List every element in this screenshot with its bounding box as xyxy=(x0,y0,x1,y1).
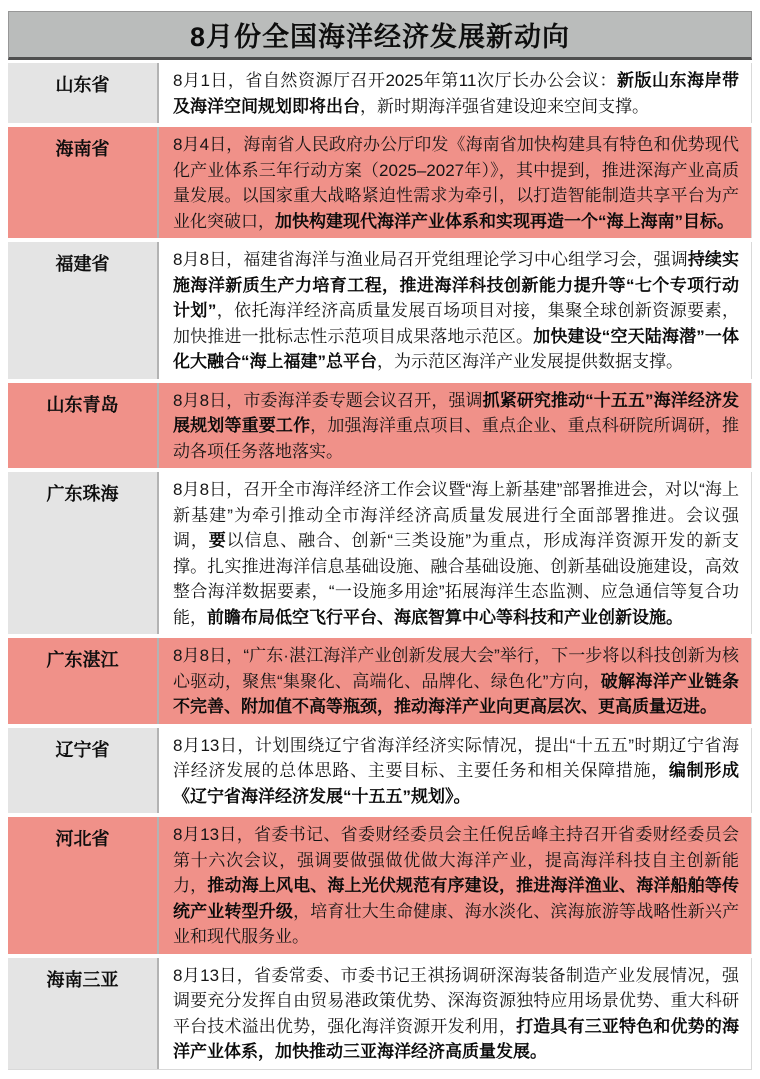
content-emphasis: 加快构建现代海洋产业体系和实现再造一个“海上海南”目标。 xyxy=(275,212,734,231)
region-label: 海南三亚 xyxy=(8,958,159,1069)
region-label: 广东珠海 xyxy=(8,472,159,634)
region-label: 河北省 xyxy=(8,817,159,954)
region-label: 广东湛江 xyxy=(8,638,159,724)
region-label: 福建省 xyxy=(8,242,159,379)
region-label: 海南省 xyxy=(8,127,159,238)
table-row: 广东珠海8月8日，召开全市海洋经济工作会议暨“海上新基建”部署推进会，对以“海上… xyxy=(8,472,752,634)
row-content: 8月8日，市委海洋委专题会议召开，强调抓紧研究推动“十五五”海洋经济发展规划等重… xyxy=(159,383,751,469)
table-row: 海南三亚8月13日，省委常委、市委书记王祺扬调研深海装备制造产业发展情况，强调要… xyxy=(8,958,752,1070)
region-news-table: 山东省8月1日，省自然资源厅召开2025年第11次厅长办公会议：新版山东海岸带及… xyxy=(8,63,752,1070)
row-content: 8月8日，“广东·湛江海洋产业创新发展大会”举行，下一步将以科技创新为核心驱动，… xyxy=(159,638,751,724)
table-row: 广东湛江8月8日，“广东·湛江海洋产业创新发展大会”举行，下一步将以科技创新为核… xyxy=(8,638,752,724)
table-row: 辽宁省8月13日，计划围绕辽宁省海洋经济实际情况，提出“十五五”时期辽宁省海洋经… xyxy=(8,728,752,814)
content-text: ，为示范区海洋产业发展提供数据支撑。 xyxy=(377,352,683,371)
table-row: 河北省8月13日，省委书记、省委财经委员会主任倪岳峰主持召开省委财经委员会第十六… xyxy=(8,817,752,954)
content-emphasis: 要 xyxy=(209,531,227,550)
content-text: 8月8日，市委海洋委专题会议召开，强调 xyxy=(173,391,483,410)
table-row: 福建省8月8日，福建省海洋与渔业局召开党组理论学习中心组学习会，强调持续实施海洋… xyxy=(8,242,752,379)
content-text: 8月8日，福建省海洋与渔业局召开党组理论学习中心组学习会，强调 xyxy=(173,250,688,269)
table-row: 海南省8月4日，海南省人民政府办公厅印发《海南省加快构建具有特色和优势现代化产业… xyxy=(8,127,752,238)
content-text: 8月13日，计划围绕辽宁省海洋经济实际情况，提出“十五五”时期辽宁省海洋经济发展… xyxy=(173,736,739,781)
row-content: 8月4日，海南省人民政府办公厅印发《海南省加快构建具有特色和优势现代化产业体系三… xyxy=(159,127,751,238)
row-content: 8月8日，福建省海洋与渔业局召开党组理论学习中心组学习会，强调持续实施海洋新质生… xyxy=(159,242,751,379)
row-content: 8月1日，省自然资源厅召开2025年第11次厅长办公会议：新版山东海岸带及海洋空… xyxy=(159,63,751,123)
row-content: 8月13日，省委常委、市委书记王祺扬调研深海装备制造产业发展情况，强调要充分发挥… xyxy=(159,958,751,1069)
infographic-page: 8月份全国海洋经济发展新动向 山东省8月1日，省自然资源厅召开2025年第11次… xyxy=(0,0,760,1078)
row-content: 8月8日，召开全市海洋经济工作会议暨“海上新基建”部署推进会，对以“海上新基建”… xyxy=(159,472,751,634)
content-text: ，新时期海洋强省建设迎来空间支撑。 xyxy=(360,97,649,116)
content-emphasis: 前瞻布局低空飞行平台、海底智算中心等科技和产业创新设施。 xyxy=(207,608,683,627)
region-label: 山东省 xyxy=(8,63,159,123)
content-text: 8月1日，省自然资源厅召开2025年第11次厅长办公会议： xyxy=(173,71,617,90)
region-label: 辽宁省 xyxy=(8,728,159,814)
row-content: 8月13日，省委书记、省委财经委员会主任倪岳峰主持召开省委财经委员会第十六次会议… xyxy=(159,817,751,954)
page-title: 8月份全国海洋经济发展新动向 xyxy=(190,15,570,54)
table-row: 山东青岛8月8日，市委海洋委专题会议召开，强调抓紧研究推动“十五五”海洋经济发展… xyxy=(8,383,752,469)
title-bar: 8月份全国海洋经济发展新动向 xyxy=(8,11,752,60)
table-row: 山东省8月1日，省自然资源厅召开2025年第11次厅长办公会议：新版山东海岸带及… xyxy=(8,63,752,123)
region-label: 山东青岛 xyxy=(8,383,159,469)
row-content: 8月13日，计划围绕辽宁省海洋经济实际情况，提出“十五五”时期辽宁省海洋经济发展… xyxy=(159,728,751,814)
